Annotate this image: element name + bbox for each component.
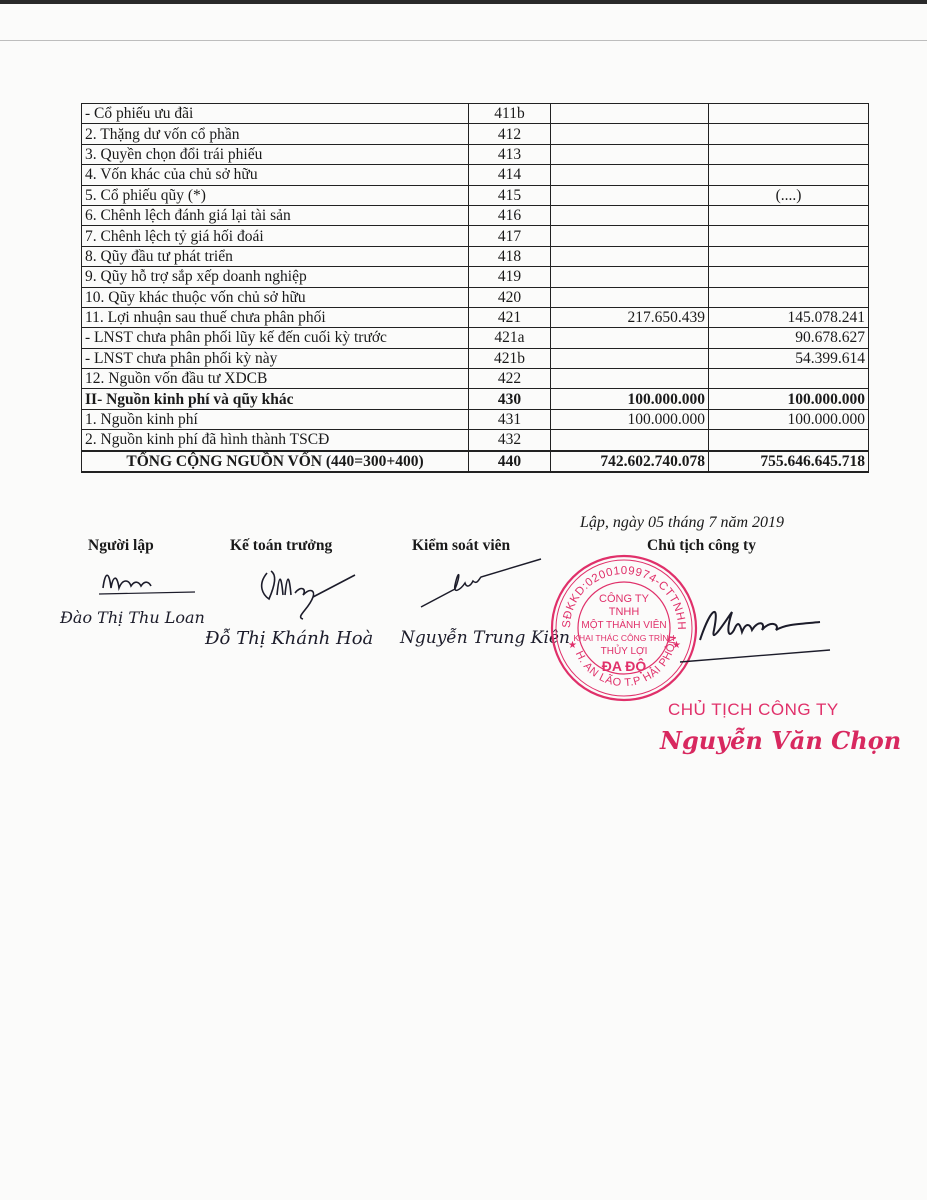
- scan-top-edge: [0, 0, 927, 4]
- row-label: 11. Lợi nhuận sau thuế chưa phân phối: [82, 307, 469, 327]
- chief-accountant-signature: [255, 565, 365, 625]
- row-previous-value: [709, 287, 869, 307]
- row-current-value: [551, 348, 709, 368]
- table-row: 3. Quyền chọn đổi trái phiếu413: [82, 144, 869, 164]
- row-code: 417: [469, 226, 551, 246]
- row-current-value: 100.000.000: [551, 389, 709, 409]
- row-label: - Cổ phiếu ưu đãi: [82, 104, 469, 124]
- row-label: 9. Qũy hỗ trợ sắp xếp doanh nghiệp: [82, 267, 469, 287]
- row-current-value: [551, 205, 709, 225]
- table-row: 1. Nguồn kinh phí431100.000.000100.000.0…: [82, 409, 869, 429]
- chairman-signature: [670, 590, 850, 670]
- row-current-value: 217.650.439: [551, 307, 709, 327]
- controller-title: Kiểm soát viên: [412, 537, 510, 555]
- stamp-line: THỦY LỢI: [601, 644, 648, 657]
- row-label: 12. Nguồn vốn đầu tư XDCB: [82, 369, 469, 389]
- date-line: Lập, ngày 05 tháng 7 năm 2019: [580, 514, 784, 532]
- row-current-value: [551, 328, 709, 348]
- row-code: 413: [469, 144, 551, 164]
- row-previous-value: [709, 124, 869, 144]
- row-previous-value: 100.000.000: [709, 389, 869, 409]
- table-row: 4. Vốn khác của chủ sở hữu414: [82, 165, 869, 185]
- table-row: 9. Qũy hỗ trợ sắp xếp doanh nghiệp419: [82, 267, 869, 287]
- row-code: 416: [469, 205, 551, 225]
- row-current-value: [551, 165, 709, 185]
- table-row: - LNST chưa phân phối lũy kế đến cuối kỳ…: [82, 328, 869, 348]
- row-code: 422: [469, 369, 551, 389]
- row-current-value: [551, 369, 709, 389]
- row-previous-value: 90.678.627: [709, 328, 869, 348]
- row-previous-value: 100.000.000: [709, 409, 869, 429]
- stamp-line: KHAI THÁC CÔNG TRÌNH: [573, 633, 674, 643]
- stamp-line: ĐA ĐỘ: [602, 657, 647, 674]
- total-row: TỔNG CỘNG NGUỒN VỐN (440=300+400)440742.…: [82, 451, 869, 472]
- table-row: II- Nguồn kinh phí và qũy khác430100.000…: [82, 389, 869, 409]
- controller-name: Nguyễn Trung Kiên: [400, 628, 570, 648]
- total-previous-value: 755.646.645.718: [709, 451, 869, 472]
- chairman-stamp-title: CHỦ TỊCH CÔNG TY: [668, 700, 839, 720]
- row-current-value: [551, 430, 709, 451]
- row-current-value: [551, 226, 709, 246]
- row-code: 420: [469, 287, 551, 307]
- row-previous-value: [709, 205, 869, 225]
- row-label: 4. Vốn khác của chủ sở hữu: [82, 165, 469, 185]
- preparer-title: Người lập: [88, 537, 154, 555]
- row-code: 430: [469, 389, 551, 409]
- preparer-name: Đào Thị Thu Loan: [60, 608, 205, 627]
- table-row: 12. Nguồn vốn đầu tư XDCB422: [82, 369, 869, 389]
- row-previous-value: 145.078.241: [709, 307, 869, 327]
- stamp-line: CÔNG TY: [599, 592, 650, 605]
- row-code: 421: [469, 307, 551, 327]
- table-row: 11. Lợi nhuận sau thuế chưa phân phối421…: [82, 307, 869, 327]
- table-row: - LNST chưa phân phối kỳ này421b54.399.6…: [82, 348, 869, 368]
- row-current-value: [551, 185, 709, 205]
- row-label: - LNST chưa phân phối lũy kế đến cuối kỳ…: [82, 328, 469, 348]
- row-code: 431: [469, 409, 551, 429]
- total-code: 440: [469, 451, 551, 472]
- row-current-value: [551, 144, 709, 164]
- chairman-name: Nguyễn Văn Chọn: [660, 726, 901, 755]
- row-code: 412: [469, 124, 551, 144]
- row-code: 414: [469, 165, 551, 185]
- row-label: 6. Chênh lệch đánh giá lại tài sản: [82, 205, 469, 225]
- scan-divider: [0, 40, 927, 41]
- row-label: 2. Nguồn kinh phí đã hình thành TSCĐ: [82, 430, 469, 451]
- table-row: 7. Chênh lệch tỷ giá hối đoái417: [82, 226, 869, 246]
- row-code: 418: [469, 246, 551, 266]
- chief-accountant-title: Kế toán trưởng: [230, 537, 332, 555]
- table-row: 10. Qũy khác thuộc vốn chủ sở hữu420: [82, 287, 869, 307]
- row-code: 421b: [469, 348, 551, 368]
- row-current-value: [551, 104, 709, 124]
- table-row: 2. Nguồn kinh phí đã hình thành TSCĐ432: [82, 430, 869, 451]
- row-label: 5. Cổ phiếu qũy (*): [82, 185, 469, 205]
- total-current-value: 742.602.740.078: [551, 451, 709, 472]
- row-current-value: [551, 246, 709, 266]
- row-current-value: [551, 124, 709, 144]
- row-label: 1. Nguồn kinh phí: [82, 409, 469, 429]
- row-current-value: 100.000.000: [551, 409, 709, 429]
- row-previous-value: [709, 246, 869, 266]
- row-code: 432: [469, 430, 551, 451]
- row-label: 7. Chênh lệch tỷ giá hối đoái: [82, 226, 469, 246]
- row-code: 411b: [469, 104, 551, 124]
- table-row: 6. Chênh lệch đánh giá lại tài sản416: [82, 205, 869, 225]
- row-label: 10. Qũy khác thuộc vốn chủ sở hữu: [82, 287, 469, 307]
- table-row: 5. Cổ phiếu qũy (*)415(....): [82, 185, 869, 205]
- row-label: 8. Qũy đầu tư phát triển: [82, 246, 469, 266]
- row-previous-value: [709, 144, 869, 164]
- stamp-line: MỘT THÀNH VIÊN: [581, 618, 666, 631]
- row-label: 2. Thặng dư vốn cổ phần: [82, 124, 469, 144]
- table-row: 8. Qũy đầu tư phát triển418: [82, 246, 869, 266]
- row-previous-value: [709, 430, 869, 451]
- row-current-value: [551, 267, 709, 287]
- row-label: 3. Quyền chọn đổi trái phiếu: [82, 144, 469, 164]
- row-previous-value: 54.399.614: [709, 348, 869, 368]
- controller-signature: [415, 555, 545, 615]
- total-label: TỔNG CỘNG NGUỒN VỐN (440=300+400): [82, 451, 469, 472]
- row-label: II- Nguồn kinh phí và qũy khác: [82, 389, 469, 409]
- chief-accountant-name: Đỗ Thị Khánh Hoà: [205, 628, 373, 649]
- row-previous-value: (....): [709, 185, 869, 205]
- balance-sheet-table: - Cổ phiếu ưu đãi411b2. Thặng dư vốn cổ …: [81, 103, 869, 473]
- row-previous-value: [709, 104, 869, 124]
- row-previous-value: [709, 165, 869, 185]
- row-previous-value: [709, 267, 869, 287]
- row-label: - LNST chưa phân phối kỳ này: [82, 348, 469, 368]
- preparer-signature: [95, 566, 205, 600]
- row-current-value: [551, 287, 709, 307]
- row-code: 421a: [469, 328, 551, 348]
- row-previous-value: [709, 226, 869, 246]
- table-row: - Cổ phiếu ưu đãi411b: [82, 104, 869, 124]
- stamp-line: TNHH: [609, 606, 640, 618]
- row-code: 415: [469, 185, 551, 205]
- row-code: 419: [469, 267, 551, 287]
- row-previous-value: [709, 369, 869, 389]
- table-row: 2. Thặng dư vốn cổ phần412: [82, 124, 869, 144]
